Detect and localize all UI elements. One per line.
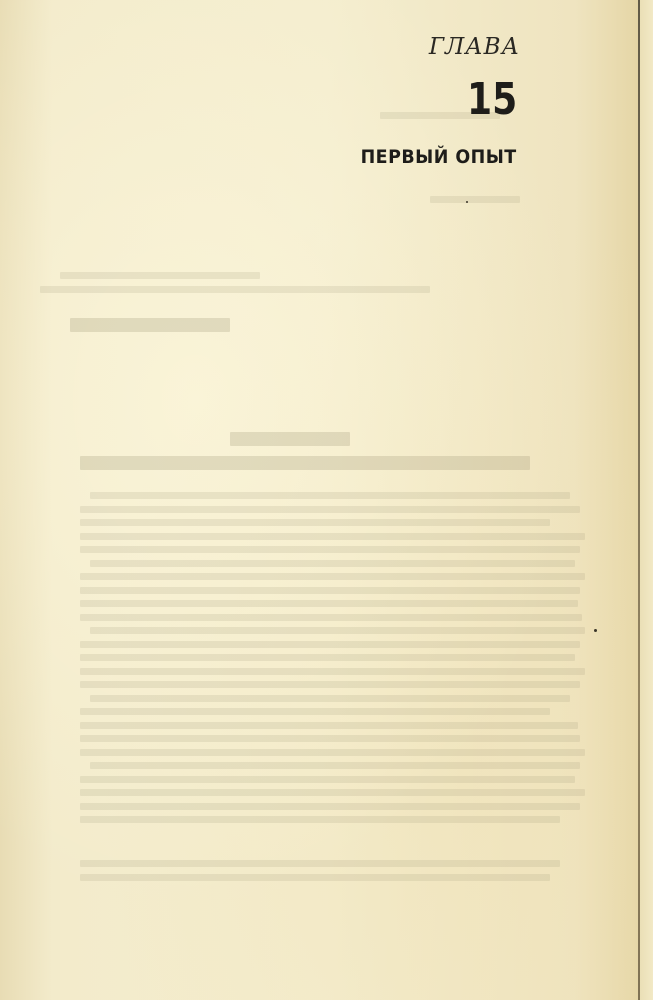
chapter-title: ПЕРВЫЙ ОПЫТ bbox=[361, 146, 517, 168]
bleed-through-line bbox=[80, 506, 580, 513]
adjacent-page-edge bbox=[640, 0, 653, 1000]
bleed-through-line bbox=[80, 456, 530, 470]
bleed-through-line bbox=[90, 695, 570, 702]
chapter-label: ГЛАВА bbox=[429, 34, 520, 60]
bleed-through-line bbox=[90, 560, 575, 567]
bleed-through-line bbox=[80, 533, 585, 540]
bleed-through-line bbox=[80, 789, 585, 796]
bleed-through-line bbox=[90, 492, 570, 499]
bleed-through-line bbox=[80, 776, 575, 783]
bleed-through-line bbox=[230, 432, 350, 446]
book-page: ГЛАВА 15 ПЕРВЫЙ ОПЫТ bbox=[0, 0, 653, 1000]
bleed-through-line bbox=[430, 196, 520, 203]
bleed-through-line bbox=[80, 600, 578, 607]
bleed-through-line bbox=[40, 286, 430, 293]
bleed-through-line bbox=[90, 627, 585, 634]
bleed-through-line bbox=[60, 272, 260, 279]
bleed-through-line bbox=[80, 860, 560, 867]
bleed-through-line bbox=[80, 722, 578, 729]
bleed-through-line bbox=[80, 735, 580, 742]
bleed-through-line bbox=[80, 803, 580, 810]
bleed-through-line bbox=[80, 681, 580, 688]
bleed-through-line bbox=[80, 874, 550, 881]
bleed-through-line bbox=[80, 654, 575, 661]
bleed-through-line bbox=[90, 762, 580, 769]
chapter-number: 15 bbox=[467, 78, 517, 122]
ink-speck bbox=[466, 201, 468, 203]
bleed-through-line bbox=[80, 614, 582, 621]
bleed-through-line bbox=[80, 668, 585, 675]
bleed-through-line bbox=[80, 587, 580, 594]
bleed-through-line bbox=[80, 816, 560, 823]
ink-speck bbox=[594, 629, 597, 632]
bleed-through-line bbox=[80, 546, 580, 553]
bleed-through-line bbox=[70, 318, 230, 332]
bleed-through-line bbox=[80, 641, 580, 648]
bleed-through-line bbox=[80, 708, 550, 715]
bleed-through-line bbox=[80, 573, 585, 580]
bleed-through-line bbox=[80, 749, 585, 756]
bleed-through-line bbox=[80, 519, 550, 526]
